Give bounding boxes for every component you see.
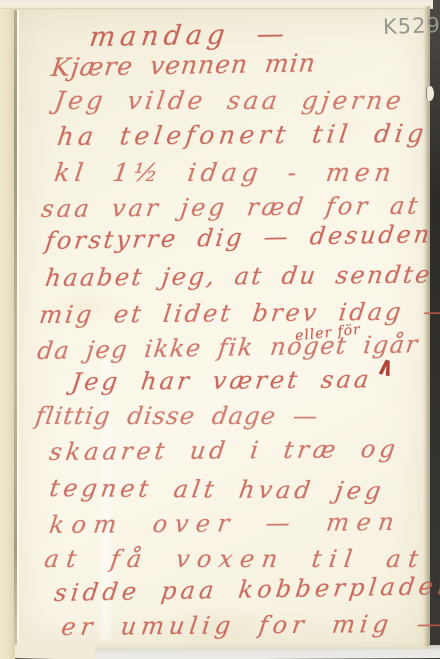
letter-body: mandag —Kjære vennen minJeg vilde saa gj… [0, 0, 440, 659]
handwritten-line: haabet jeg, at du sendte [44, 263, 434, 290]
handwritten-line: forstyrre dig — desuden [44, 222, 433, 253]
handwritten-line: Kjære vennen min [50, 50, 317, 80]
handwritten-line: Jeg vilde saa gjerne [53, 88, 406, 113]
handwritten-line: sidde paa kobberpladen [53, 574, 440, 605]
handwritten-line: flittig disse dage — [34, 404, 320, 428]
handwritten-line: skaaret ud i træ og [48, 437, 400, 464]
handwritten-line: kom over — men [48, 510, 403, 537]
handwritten-line: tegnet alt hvad jeg [48, 476, 386, 503]
handwritten-line: at få voxen til at [43, 547, 427, 571]
handwritten-line: Jeg har været saa [70, 367, 373, 394]
handwritten-line: mandag — [88, 20, 291, 51]
handwritten-line: saa var jeg ræd for at [40, 194, 422, 221]
handwritten-line: kl 1½ idag - men [53, 160, 398, 185]
handwritten-line: er umulig for mig — [60, 612, 440, 639]
handwritten-line: da jeg ikke fik noget igår [36, 332, 420, 363]
handwritten-line: ha telefonert til dig [56, 121, 429, 149]
letter-scan: K529 mandag —Kjære vennen minJeg vilde s… [0, 0, 440, 659]
handwritten-line: mig et lidet brev idag — [38, 299, 440, 327]
